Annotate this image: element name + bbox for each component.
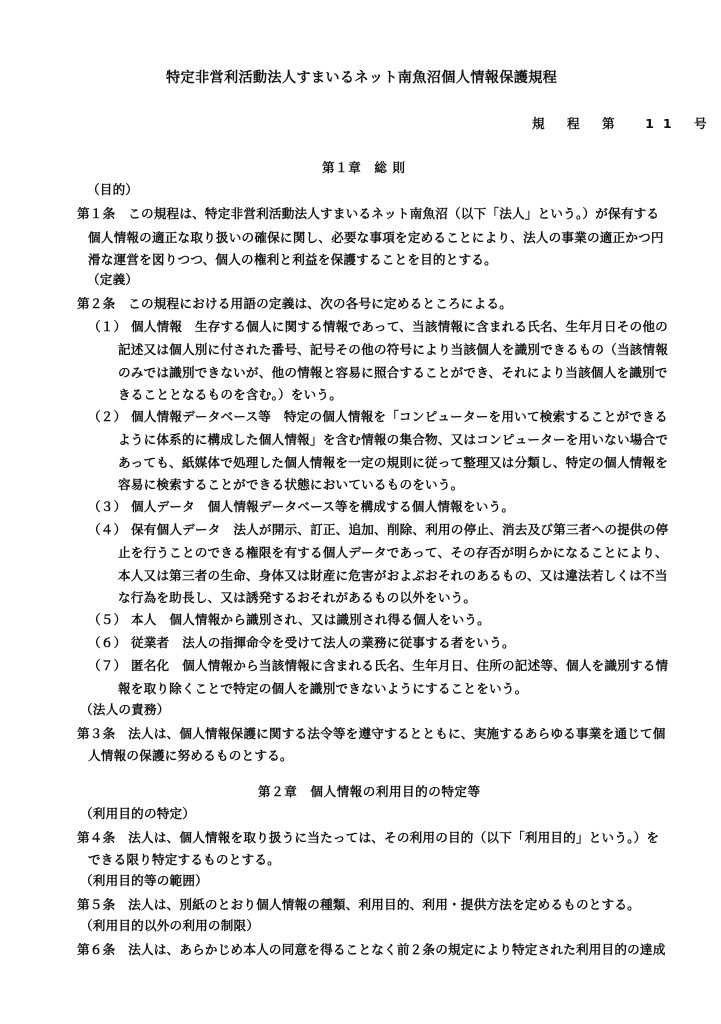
document-page: 特定非営利活動法人すまいるネット南魚沼個人情報保護規程 規 程 第 11 号 第… <box>0 0 721 1024</box>
chapter-1-heading: 第１章 総 則 <box>322 160 405 176</box>
article-6-line: 第６条 法人は、あらかじめ本人の同意を得ることなく前２条の規定により特定された利… <box>77 942 666 958</box>
definition-item-4: な行為を助長し、又は誘発するおそれがあるもの以外をいう。 <box>118 590 476 606</box>
article-5-line: 第５条 法人は、別紙のとおり個人情報の種類、利用目的、利用・提供方法を定めるもの… <box>77 897 640 913</box>
definition-item-4: 止を行うことのできる権限を有する個人データであって、その存否が明らかになることに… <box>118 545 668 561</box>
definition-item-2: ように体系的に構成した個人情報」を含む情報の集合物、又はコンピューターを用いない… <box>118 432 668 448</box>
definition-item-1: 記述又は個人別に付された番号、記号その他の符号により当該個人を識別できるもの（当… <box>118 342 668 358</box>
article-1-line: 第１条 この規程は、特定非営利活動法人すまいるネット南魚沼（以下「法人」という。… <box>77 206 659 222</box>
article-4-line: 第４条 法人は、個人情報を取り扱うに当たっては、その利用の目的（以下「利用目的」… <box>77 830 659 846</box>
article-6-caption: （利用目的以外の利用の制限） <box>80 918 259 934</box>
definition-item-2: 容易に検索することができる状態においているものをいう。 <box>118 477 463 493</box>
article-1-caption: （目的） <box>87 182 138 198</box>
definition-item-5: （５） 本人 個人情報から識別され、又は識別され得る個人をいう。 <box>88 612 490 628</box>
definition-item-6: （６） 従業者 法人の指揮命令を受けて法人の業務に従事する者をいう。 <box>88 635 515 651</box>
definition-item-3: （３） 個人データ 個人情報データベース等を構成する個人情報をいう。 <box>88 499 514 515</box>
regulation-number: 規 程 第 11 号 <box>532 116 716 132</box>
definition-item-7: （７） 匿名化 個人情報から当該情報に含まれる氏名、生年月日、住所の記述等、個人… <box>88 658 668 674</box>
article-3-line: 人情報の保護に努めるものとする。 <box>88 748 293 764</box>
definition-item-2: （２） 個人情報データベース等 特定の個人情報を「コンピューターを用いて検索する… <box>88 409 668 425</box>
definition-item-1: のみでは識別できないが、他の情報と容易に照合することができ、それにより当該個人を… <box>118 365 668 381</box>
chapter-2-heading: 第２章 個人情報の利用目的の特定等 <box>258 784 481 800</box>
definition-item-4: （４） 保有個人データ 法人が開示、訂正、追加、削除、利用の停止、消去及び第三者… <box>88 522 668 538</box>
definition-item-7: 報を取り除くことで特定の個人を識別できないようにすることをいう。 <box>118 681 527 697</box>
definition-item-1: きることとなるものを含む。）をいう。 <box>118 387 342 403</box>
article-2-caption: （定義） <box>87 272 138 288</box>
article-4-caption: （利用目的の特定） <box>80 806 195 822</box>
article-1-line: 個人情報の適正な取り扱いの確保に関し、必要な事項を定めることにより、法人の事業の… <box>88 230 664 246</box>
article-2-line: 第２条 この規程における用語の定義は、次の各号に定めるところによる。 <box>77 296 512 312</box>
document-title: 特定非営利活動法人すまいるネット南魚沼個人情報保護規程 <box>166 70 557 86</box>
definition-item-1: （１） 個人情報 生存する個人に関する情報であって、当該情報に含まれる氏名、生年… <box>88 319 668 335</box>
article-4-line: できる限り特定するものとする。 <box>88 852 280 868</box>
article-1-line: 滑な運営を図りつつ、個人の権利と利益を保護することを目的とする。 <box>88 252 497 268</box>
article-3-caption: （法人の責務） <box>80 702 170 718</box>
definition-item-4: 本人又は第三者の生命、身体又は財産に危害がおよぶおそれのあるもの、又は違法若しく… <box>118 568 668 584</box>
definition-item-2: あっても、紙媒体で処理した個人情報を一定の規則に従って整理又は分類し、特定の個人… <box>118 455 668 471</box>
article-5-caption: （利用目的等の範囲） <box>80 873 208 889</box>
article-3-line: 第３条 法人は、個人情報保護に関する法令等を遵守するとともに、実施するあらゆる事… <box>77 726 666 742</box>
